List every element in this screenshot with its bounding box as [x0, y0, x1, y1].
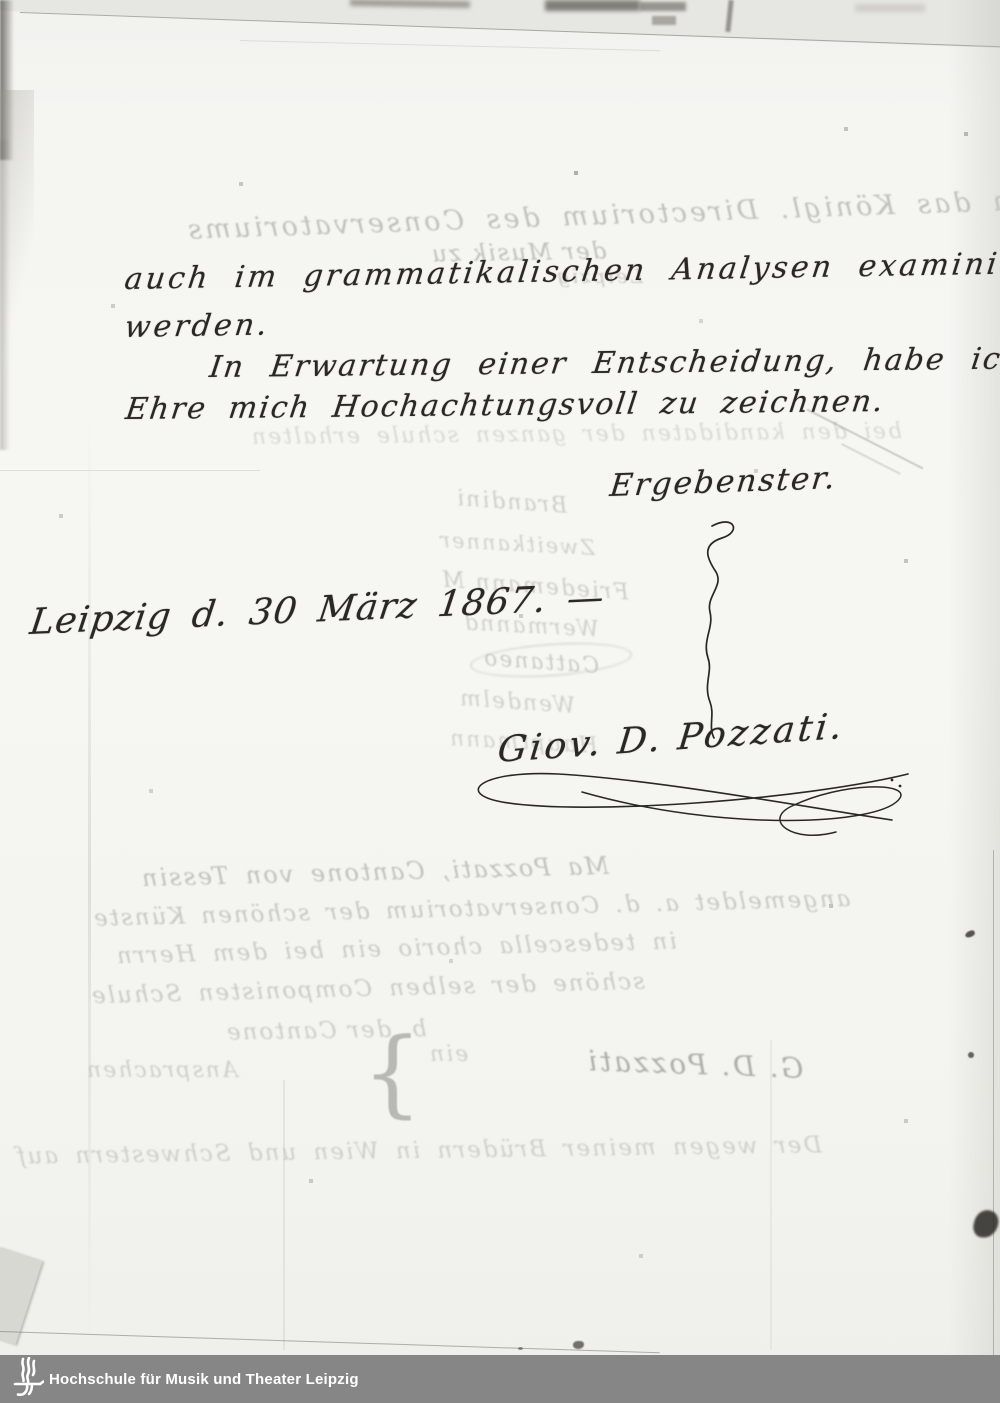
bleedthrough-line: ein — [428, 1042, 468, 1067]
bleedthrough-fragment: Brandini — [454, 486, 568, 519]
bleedthrough-line: Ma Pozzati, Cantone von Tessin — [140, 852, 610, 892]
ink-spot — [968, 1052, 974, 1058]
crease-line — [770, 1040, 772, 1350]
signature-flourish — [462, 758, 914, 852]
bleedthrough-fragment: Wendelm — [457, 686, 575, 719]
ink-spot — [573, 1341, 584, 1349]
paper-speckles — [0, 0, 2, 2]
letter-body-line: werden. — [123, 307, 272, 345]
scan-left-edge — [0, 90, 34, 430]
bleedthrough-line: An das Königl. Directorium des Conservat… — [185, 185, 1000, 246]
crease-line — [993, 850, 994, 1355]
crease-line — [0, 470, 260, 471]
top-smudge — [640, 2, 686, 11]
top-smudge — [652, 16, 676, 25]
ink-spot — [518, 1347, 523, 1350]
page-scan: An das Königl. Directorium des Conservat… — [0, 0, 1000, 1403]
footer-institution-title: Hochschule für Musik und Theater Leipzig — [49, 1355, 359, 1403]
bleedthrough-line: in tedescella chorio ein bei dem Herrn — [115, 929, 677, 970]
bleedthrough-line: angemeldet a. d. Conservatorium der schö… — [92, 886, 851, 932]
scan-top-edge-line-2 — [240, 40, 660, 51]
crease-line — [88, 420, 91, 1340]
pen-scratch — [841, 443, 901, 475]
bleedthrough-fragment: Zweitkanner — [437, 528, 595, 560]
bleedthrough-line: schöne der selben Componisten Schule — [90, 969, 645, 1010]
hmt-logo-icon — [12, 1357, 44, 1401]
letter-body-line: In Erwartung einer Entscheidung, habe ic… — [207, 341, 1000, 385]
crease-line — [283, 1080, 285, 1350]
closing-flourish — [668, 512, 752, 744]
bleedthrough-oval — [469, 638, 633, 681]
bleedthrough-line: Ansprachen — [85, 1058, 238, 1083]
bleedthrough-reverse-signature: G. D. Pozzati — [584, 1044, 803, 1085]
bleedthrough-brace: } — [362, 1018, 422, 1128]
footer-bar: Hochschule für Musik und Theater Leipzig — [0, 1355, 1000, 1403]
top-smudge — [855, 4, 925, 12]
letter-closing: Ergebenster. — [608, 460, 839, 504]
top-smudge — [545, 0, 640, 11]
scan-top-edge — [0, 0, 1000, 60]
bleedthrough-line: Der wegen meiner Brüdern in Wien und Sch… — [15, 1132, 822, 1169]
scan-bottom-edge-line — [0, 1331, 660, 1353]
